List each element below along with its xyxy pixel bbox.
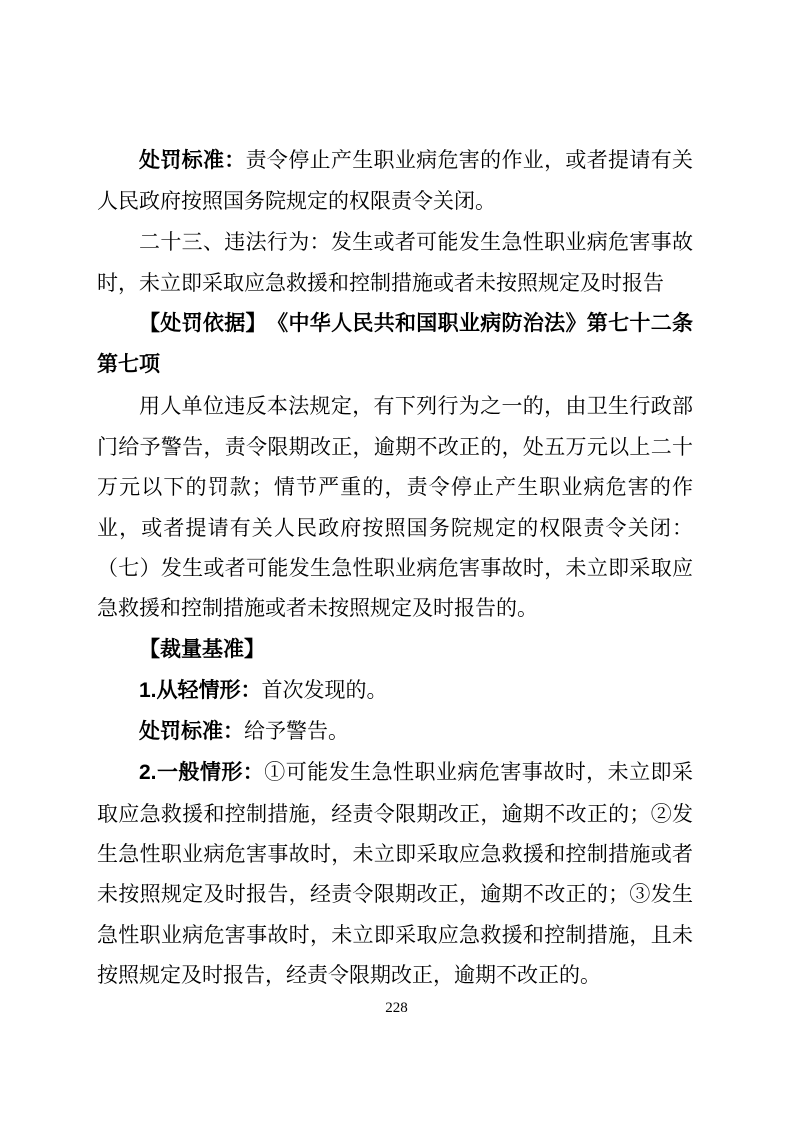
paragraph-text: 给予警告。: [244, 719, 349, 743]
paragraph-violation-23: 二十三、违法行为：发生或者可能发生急性职业病危害事故时，未立即采取应急救援和控制…: [97, 222, 693, 304]
paragraph-text: ①可能发生急性职业病危害事故时，未立即采取应急救援和控制措施，经责令限期改正，逾…: [97, 760, 693, 986]
paragraph-label: 【裁量基准】: [139, 638, 265, 661]
document-page: 处罚标准：责令停止产生职业病危害的作业，或者提请有关人民政府按照国务院规定的权限…: [0, 0, 793, 1122]
paragraph-penalty-standard-1: 处罚标准：责令停止产生职业病危害的作业，或者提请有关人民政府按照国务院规定的权限…: [97, 140, 693, 222]
paragraph-law-article-text: 用人单位违反本法规定，有下列行为之一的，由卫生行政部门给予警告，责令限期改正，逾…: [97, 386, 693, 629]
page-number: 228: [0, 1000, 793, 1017]
paragraph-label: 1.从轻情形：: [139, 679, 262, 702]
paragraph-label: 2.一般情形：: [139, 761, 264, 784]
paragraph-label: 【处罚依据】 《中华人民共和国职业病防治法》第七十二条第七项: [97, 312, 693, 376]
paragraph-lenient-case: 1.从轻情形：首次发现的。: [97, 670, 693, 711]
document-body: 处罚标准：责令停止产生职业病危害的作业，或者提请有关人民政府按照国务院规定的权限…: [97, 140, 693, 995]
paragraph-text: 首次发现的。: [262, 678, 388, 702]
paragraph-penalty-basis-heading: 【处罚依据】 《中华人民共和国职业病防治法》第七十二条第七项: [97, 303, 693, 386]
paragraph-label: 处罚标准：: [139, 149, 246, 172]
paragraph-label: 处罚标准：: [139, 720, 244, 743]
paragraph-discretion-benchmark-heading: 【裁量基准】: [97, 629, 693, 670]
paragraph-penalty-standard-2: 处罚标准：给予警告。: [97, 711, 693, 752]
paragraph-general-case: 2.一般情形：①可能发生急性职业病危害事故时，未立即采取应急救援和控制措施，经责…: [97, 752, 693, 995]
paragraph-text: 用人单位违反本法规定，有下列行为之一的，由卫生行政部门给予警告，责令限期改正，逾…: [97, 394, 693, 620]
paragraph-text: 二十三、违法行为：发生或者可能发生急性职业病危害事故时，未立即采取应急救援和控制…: [97, 230, 693, 295]
